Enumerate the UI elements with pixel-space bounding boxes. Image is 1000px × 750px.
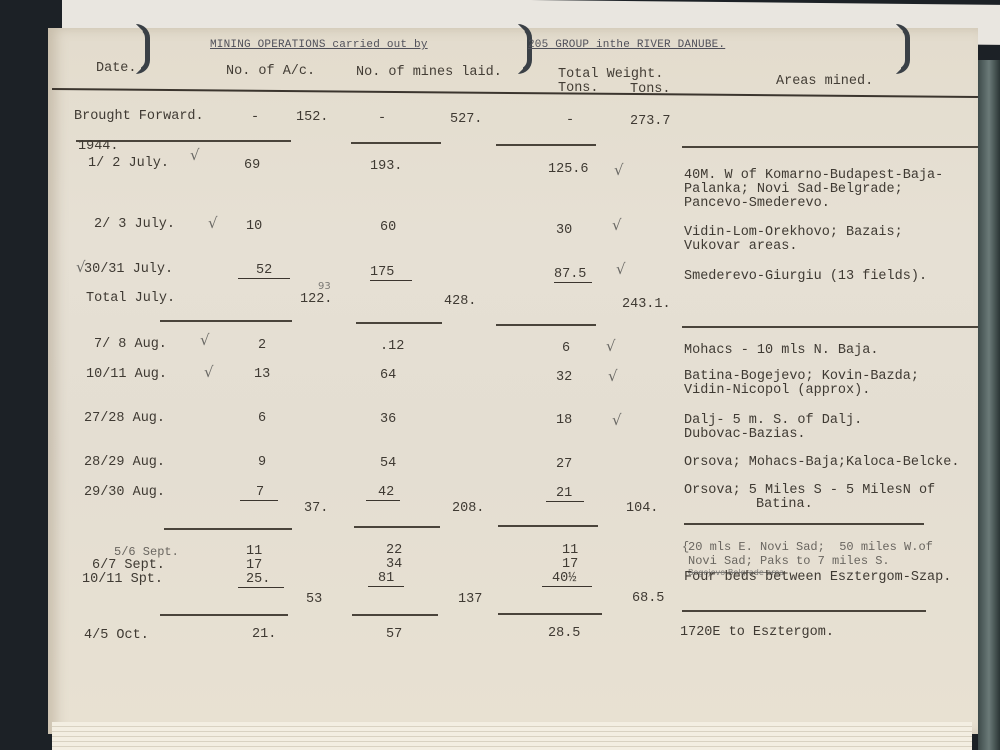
document-title-continued: 205 GROUP inthe RIVER DANUBE. bbox=[528, 38, 725, 52]
total-august-mines: 208. bbox=[452, 502, 484, 516]
section-rule bbox=[496, 324, 596, 326]
row-tons: 87.5 bbox=[554, 268, 592, 283]
binder-ring bbox=[136, 24, 150, 74]
row-aircraft: 2 bbox=[258, 339, 266, 353]
section-rule bbox=[160, 320, 292, 322]
row-mines: 175 bbox=[370, 266, 412, 281]
document-page: MINING OPERATIONS carried out by 205 GRO… bbox=[48, 28, 978, 734]
row-date: 27/28 Aug. bbox=[84, 412, 165, 426]
checkmark-icon: √ bbox=[200, 331, 210, 349]
row-aircraft: 7 bbox=[240, 486, 278, 501]
row-date: 7/ 8 Aug. bbox=[94, 338, 167, 352]
row-mines: 54 bbox=[380, 457, 396, 471]
checkmark-icon: √ bbox=[204, 363, 214, 381]
year-label: 1944. bbox=[78, 140, 119, 154]
pencil-annotation: 93 bbox=[318, 280, 331, 294]
header-areas: Areas mined. bbox=[776, 75, 873, 89]
row-area-line: 40M. W of Komarno-Budapest-Baja- bbox=[684, 169, 943, 183]
total-july-label: Total July. bbox=[86, 292, 175, 306]
total-july-mines: 428. bbox=[444, 295, 476, 309]
header-date: Date. bbox=[96, 62, 137, 76]
row-mines: 36 bbox=[380, 413, 396, 427]
row-aircraft: 21. bbox=[252, 628, 276, 642]
row-aircraft: 69 bbox=[244, 159, 260, 173]
total-july-aircraft: 122. bbox=[300, 293, 332, 307]
section-rule bbox=[684, 523, 924, 525]
row-date: 30/31 July. bbox=[84, 263, 173, 277]
brought-forward-mines-total: 527. bbox=[450, 113, 482, 127]
row-aircraft: 6 bbox=[258, 412, 266, 426]
section-rule bbox=[682, 326, 978, 328]
row-date: 10/11 Spt. bbox=[82, 573, 163, 587]
header-rule bbox=[52, 88, 978, 98]
binder-ring bbox=[896, 24, 910, 74]
row-mines: 193. bbox=[370, 160, 402, 174]
total-september-aircraft: 53 bbox=[306, 593, 322, 607]
brought-forward-mines-dash: - bbox=[378, 112, 386, 126]
page-stack-edges bbox=[52, 722, 972, 750]
row-tons: 6 bbox=[562, 342, 570, 356]
row-aircraft: 9 bbox=[258, 456, 266, 470]
row-tons: 28.5 bbox=[548, 627, 580, 641]
brought-forward-label: Brought Forward. bbox=[74, 110, 204, 124]
checkmark-icon: √ bbox=[608, 367, 618, 385]
brought-forward-aircraft-dash: - bbox=[251, 111, 259, 125]
section-rule bbox=[351, 142, 441, 144]
row-aircraft: 52 bbox=[238, 264, 290, 279]
row-area-line: Smederevo-Giurgiu (13 fields). bbox=[684, 270, 927, 284]
total-august-aircraft: 37. bbox=[304, 502, 328, 516]
section-rule bbox=[682, 610, 926, 612]
row-area-line: 1720E to Esztergom. bbox=[680, 626, 834, 640]
document-title: MINING OPERATIONS carried out by bbox=[210, 38, 428, 52]
row-tons: 11 bbox=[562, 544, 578, 558]
checkmark-icon: √ bbox=[208, 214, 218, 232]
row-date: 28/29 Aug. bbox=[84, 456, 165, 470]
row-tons: 21 bbox=[546, 487, 584, 502]
row-area-line: Palanka; Novi Sad-Belgrade; bbox=[684, 183, 903, 197]
total-september-tons: 68.5 bbox=[632, 592, 664, 606]
row-aircraft: 10 bbox=[246, 220, 262, 234]
checkmark-icon: √ bbox=[616, 260, 626, 278]
row-tons: 40½ bbox=[542, 572, 592, 587]
row-aircraft: 11 bbox=[246, 545, 262, 559]
row-tons: 32 bbox=[556, 371, 572, 385]
checkmark-icon: √ bbox=[606, 337, 616, 355]
row-mines: 42 bbox=[366, 486, 400, 501]
section-rule bbox=[682, 146, 978, 148]
section-rule bbox=[498, 525, 598, 527]
total-september-mines: 137 bbox=[458, 593, 482, 607]
row-tons: 125.6 bbox=[548, 163, 589, 177]
row-mines: .12 bbox=[380, 340, 404, 354]
section-rule bbox=[498, 613, 602, 615]
header-mines: No. of mines laid. bbox=[356, 66, 502, 80]
binder-edge bbox=[978, 60, 1000, 750]
row-tons: 27 bbox=[556, 458, 572, 472]
row-area-line: Pancevo-Smederevo. bbox=[684, 197, 830, 211]
row-mines: 34 bbox=[386, 558, 402, 572]
row-date: 29/30 Aug. bbox=[84, 486, 165, 500]
row-tons: 30 bbox=[556, 224, 572, 238]
checkmark-icon: √ bbox=[614, 161, 624, 179]
row-date: 1/ 2 July. bbox=[88, 157, 169, 171]
total-july-tons: 243.1. bbox=[622, 298, 671, 312]
row-area-line: Dalj- 5 m. S. of Dalj. bbox=[684, 414, 862, 428]
row-date: 2/ 3 July. bbox=[94, 218, 175, 232]
row-area-line: Vidin-Nicopol (approx). bbox=[684, 384, 870, 398]
section-rule bbox=[356, 322, 442, 324]
checkmark-icon: √ bbox=[612, 411, 622, 429]
row-mines: 60 bbox=[380, 221, 396, 235]
row-mines: 57 bbox=[386, 628, 402, 642]
section-rule bbox=[164, 528, 292, 530]
row-mines: 22 bbox=[386, 544, 402, 558]
brought-forward-weight-total: 273.7 bbox=[630, 115, 671, 129]
row-area-line: Orsova; 5 Miles S - 5 MilesN of bbox=[684, 484, 935, 498]
header-total-weight: Total Weight. bbox=[558, 68, 663, 82]
row-aircraft: 25. bbox=[238, 573, 284, 588]
row-aircraft: 13 bbox=[254, 368, 270, 382]
row-area-line: Orsova; Mohacs-Baja;Kaloca-Belcke. bbox=[684, 456, 959, 470]
row-mines: 81 bbox=[368, 572, 404, 587]
row-area-line: Vukovar areas. bbox=[684, 240, 797, 254]
section-rule bbox=[354, 526, 440, 528]
row-date: 5/6 Sept. bbox=[114, 545, 179, 559]
row-tons: 18 bbox=[556, 414, 572, 428]
row-aircraft: 17 bbox=[246, 559, 262, 573]
checkmark-icon: √ bbox=[190, 146, 200, 164]
row-area-line: Dubovac-Bazias. bbox=[684, 428, 806, 442]
row-tons: 17 bbox=[562, 558, 578, 572]
row-area-line: Batina. bbox=[756, 498, 813, 512]
row-area-line: 20 mls E. Novi Sad; 50 miles W.of bbox=[688, 540, 933, 554]
section-rule bbox=[496, 144, 596, 146]
row-date: 6/7 Sept. bbox=[92, 559, 165, 573]
row-area-line: Four beds between Esztergom-Szap. bbox=[684, 571, 951, 585]
row-area-line: Vidin-Lom-Orekhovo; Bazais; bbox=[684, 226, 903, 240]
row-area-line: Batina-Bogejevo; Kovin-Bazda; bbox=[684, 370, 919, 384]
row-date: 10/11 Aug. bbox=[86, 368, 167, 382]
section-rule bbox=[352, 614, 438, 616]
brought-forward-weight-dash: - bbox=[566, 114, 574, 128]
brought-forward-aircraft-total: 152. bbox=[296, 111, 328, 125]
section-rule bbox=[160, 614, 288, 616]
header-aircraft: No. of A/c. bbox=[226, 65, 315, 79]
row-mines: 64 bbox=[380, 369, 396, 383]
total-august-tons: 104. bbox=[626, 502, 658, 516]
checkmark-icon: √ bbox=[612, 216, 622, 234]
row-date: 4/5 Oct. bbox=[84, 629, 149, 643]
row-area-line: Mohacs - 10 mls N. Baja. bbox=[684, 344, 878, 358]
